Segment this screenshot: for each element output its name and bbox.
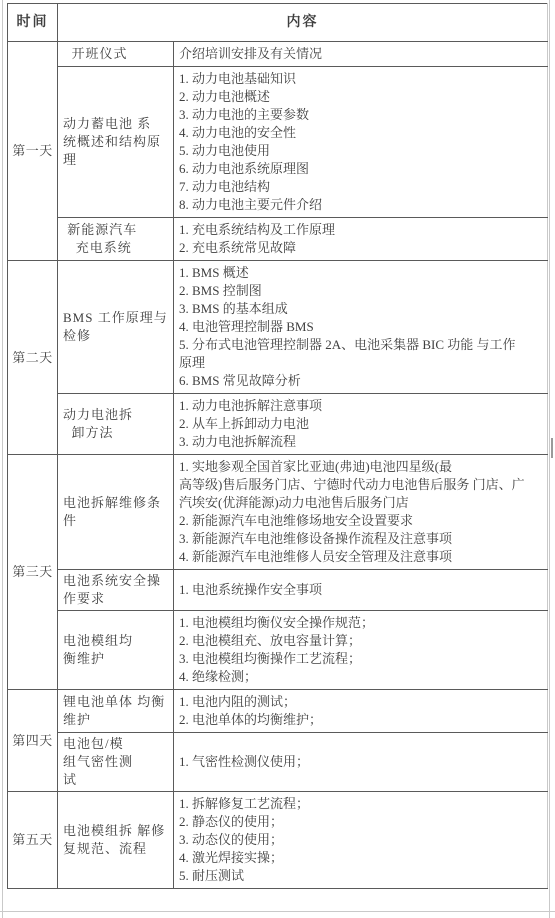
content-item: 1. 电池内阻的测试； — [179, 693, 542, 711]
page-edge-mark — [551, 438, 553, 458]
content-item: 2. BMS 控制图 — [179, 282, 542, 300]
day-label: 第五天 — [8, 792, 58, 889]
content-item: 4. 电池管理控制器 BMS — [179, 318, 542, 336]
content-cell: 1. 实地参观全国首家比亚迪(弗迪)电池四星级(最 高等级)售后服务门店、宁德时… — [174, 455, 548, 570]
table-row: 第五天电池模组拆 解修 复规范、流程1. 拆解修复工艺流程；2. 静态仪的使用；… — [8, 792, 548, 889]
content-item: 6. 动力电池系统原理图 — [179, 160, 542, 178]
content-item: 1. BMS 概述 — [179, 264, 542, 282]
document-page: { "header": { "time": "时间", "content": "… — [0, 0, 555, 918]
content-item: 3. BMS 的基本组成 — [179, 300, 542, 318]
training-schedule-table: 时间 内容 第一天 开班仪式介绍培训安排及有关情况动力蓄电池 系 统概述和结构原… — [7, 3, 548, 889]
content-item: 6. BMS 常见故障分析 — [179, 372, 542, 390]
topic-cell: 动力蓄电池 系 统概述和结构原 理 — [58, 67, 174, 218]
content-item: 1. 充电系统结构及工作原理 — [179, 221, 542, 239]
content-item: 3. 动态仪的使用； — [179, 831, 542, 849]
topic-cell: BMS 工作原理与 检修 — [58, 261, 174, 394]
table-row: 新能源汽车 充电系统1. 充电系统结构及工作原理2. 充电系统常见故障 — [8, 218, 548, 261]
content-cell: 介绍培训安排及有关情况 — [174, 42, 548, 67]
day-label: 第三天 — [8, 455, 58, 690]
page-edge-bottom — [0, 911, 555, 912]
content-cell: 1. 拆解修复工艺流程；2. 静态仪的使用；3. 动态仪的使用；4. 激光焊接实… — [174, 792, 548, 889]
content-item: 3. 新能源汽车电池维修设备操作流程及注意事项 — [179, 530, 542, 548]
content-item: 1. 电池模组均衡仪安全操作规范； — [179, 614, 542, 632]
content-item: 1. 拆解修复工艺流程； — [179, 795, 542, 813]
content-item: 2. 电池单体的均衡维护； — [179, 711, 542, 729]
table-header: 时间 内容 — [8, 4, 548, 42]
content-item: 2. 电池模组充、放电容量计算； — [179, 632, 542, 650]
content-item: 1. 动力电池拆解注意事项 — [179, 397, 542, 415]
content-item: 4. 动力电池的安全性 — [179, 124, 542, 142]
table-row: 电池模组均 衡维护1. 电池模组均衡仪安全操作规范；2. 电池模组充、放电容量计… — [8, 611, 548, 690]
day-label: 第四天 — [8, 690, 58, 792]
header-content: 内容 — [58, 4, 548, 42]
content-item: 1. 电池系统操作安全事项 — [179, 581, 542, 599]
table-row: 动力蓄电池 系 统概述和结构原 理1. 动力电池基础知识2. 动力电池概述3. … — [8, 67, 548, 218]
content-item: 8. 动力电池主要元件介绍 — [179, 196, 542, 214]
table-row: 电池包/模 组气密性测 试1. 气密性检测仪使用； — [8, 733, 548, 792]
content-cell: 1. 气密性检测仪使用； — [174, 733, 548, 792]
content-cell: 1. 电池模组均衡仪安全操作规范；2. 电池模组充、放电容量计算；3. 电池模组… — [174, 611, 548, 690]
schedule-table-body: 第一天 开班仪式介绍培训安排及有关情况动力蓄电池 系 统概述和结构原 理1. 动… — [8, 42, 548, 889]
table-row: 第二天BMS 工作原理与 检修1. BMS 概述2. BMS 控制图3. BMS… — [8, 261, 548, 394]
content-item: 2. 从车上拆卸动力电池 — [179, 415, 542, 433]
topic-cell: 电池模组拆 解修 复规范、流程 — [58, 792, 174, 889]
topic-cell: 动力电池拆 卸方法 — [58, 394, 174, 455]
content-item: 5. 分布式电池管理控制器 2A、电池采集器 BIC 功能 与工作 原理 — [179, 336, 542, 372]
topic-cell: 新能源汽车 充电系统 — [58, 218, 174, 261]
content-item: 4. 激光焊接实操； — [179, 849, 542, 867]
content-item: 2. 新能源汽车电池维修场地安全设置要求 — [179, 512, 542, 530]
content-item: 5. 动力电池使用 — [179, 142, 542, 160]
content-item: 1. 实地参观全国首家比亚迪(弗迪)电池四星级(最 高等级)售后服务门店、宁德时… — [179, 458, 542, 512]
header-row: 时间 内容 — [8, 4, 548, 42]
content-item: 2. 静态仪的使用； — [179, 813, 542, 831]
topic-cell: 锂电池单体 均衡 维护 — [58, 690, 174, 733]
table-row: 动力电池拆 卸方法1. 动力电池拆解注意事项2. 从车上拆卸动力电池3. 动力电… — [8, 394, 548, 455]
content-item: 1. 动力电池基础知识 — [179, 70, 542, 88]
table-row: 电池系统安全操 作要求1. 电池系统操作安全事项 — [8, 570, 548, 611]
page-edge-left — [2, 0, 3, 918]
content-item: 4. 绝缘检测； — [179, 668, 542, 686]
content-item: 介绍培训安排及有关情况 — [179, 45, 542, 63]
content-cell: 1. 电池系统操作安全事项 — [174, 570, 548, 611]
topic-cell: 开班仪式 — [58, 42, 174, 67]
content-item: 3. 动力电池拆解流程 — [179, 433, 542, 451]
content-item: 4. 新能源汽车电池维修人员安全管理及注意事项 — [179, 548, 542, 566]
table-row: 第三天电池拆解维修条 件1. 实地参观全国首家比亚迪(弗迪)电池四星级(最 高等… — [8, 455, 548, 570]
content-cell: 1. 动力电池拆解注意事项2. 从车上拆卸动力电池3. 动力电池拆解流程 — [174, 394, 548, 455]
topic-cell: 电池系统安全操 作要求 — [58, 570, 174, 611]
content-cell: 1. 充电系统结构及工作原理2. 充电系统常见故障 — [174, 218, 548, 261]
content-item: 2. 充电系统常见故障 — [179, 239, 542, 257]
content-cell: 1. BMS 概述2. BMS 控制图3. BMS 的基本组成4. 电池管理控制… — [174, 261, 548, 394]
content-item: 3. 动力电池的主要参数 — [179, 106, 542, 124]
day-label: 第二天 — [8, 261, 58, 455]
topic-cell: 电池包/模 组气密性测 试 — [58, 733, 174, 792]
content-cell: 1. 电池内阻的测试；2. 电池单体的均衡维护； — [174, 690, 548, 733]
content-item: 5. 耐压测试 — [179, 867, 542, 885]
content-item: 7. 动力电池结构 — [179, 178, 542, 196]
day-label: 第一天 — [8, 42, 58, 261]
table-row: 第一天 开班仪式介绍培训安排及有关情况 — [8, 42, 548, 67]
topic-cell: 电池模组均 衡维护 — [58, 611, 174, 690]
page-edge-right — [549, 0, 550, 918]
content-item: 1. 气密性检测仪使用； — [179, 753, 542, 771]
content-item: 3. 电池模组均衡操作工艺流程； — [179, 650, 542, 668]
content-item: 2. 动力电池概述 — [179, 88, 542, 106]
table-row: 第四天锂电池单体 均衡 维护1. 电池内阻的测试；2. 电池单体的均衡维护； — [8, 690, 548, 733]
topic-cell: 电池拆解维修条 件 — [58, 455, 174, 570]
content-cell: 1. 动力电池基础知识2. 动力电池概述3. 动力电池的主要参数4. 动力电池的… — [174, 67, 548, 218]
header-time: 时间 — [8, 4, 58, 42]
